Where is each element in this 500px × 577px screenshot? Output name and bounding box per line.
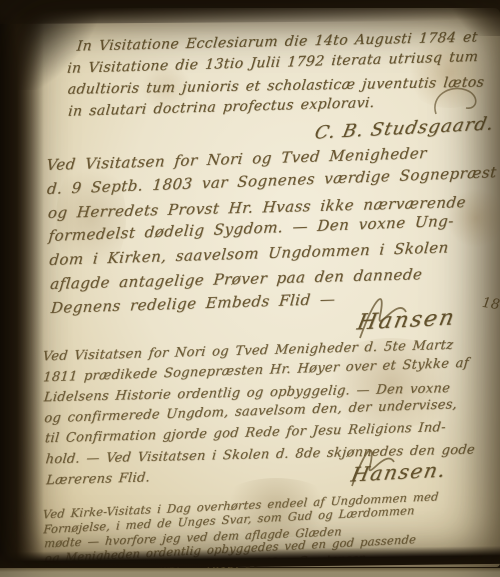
signature-hansen-1811: Hansen. xyxy=(349,458,449,487)
signature-studsgaard: C. B. Studsgaard. xyxy=(313,113,496,143)
manuscript-photo: In Visitatione Ecclesiarum die 14to Augu… xyxy=(0,0,500,577)
entry-1784-latin: In Visitatione Ecclesiarum die 14to Augu… xyxy=(65,27,491,123)
entry-1803-danish: Ved Visitatsen for Nori og Tved Menighed… xyxy=(44,140,496,321)
entry-1813-danish: Ved Kirke-Visitats i Dag overhørtes ende… xyxy=(42,487,500,577)
manuscript-page: In Visitatione Ecclesiarum die 14to Augu… xyxy=(16,8,500,567)
signature-hansen-1803: Hansen xyxy=(355,305,458,335)
margin-mark: 18 xyxy=(481,295,500,313)
